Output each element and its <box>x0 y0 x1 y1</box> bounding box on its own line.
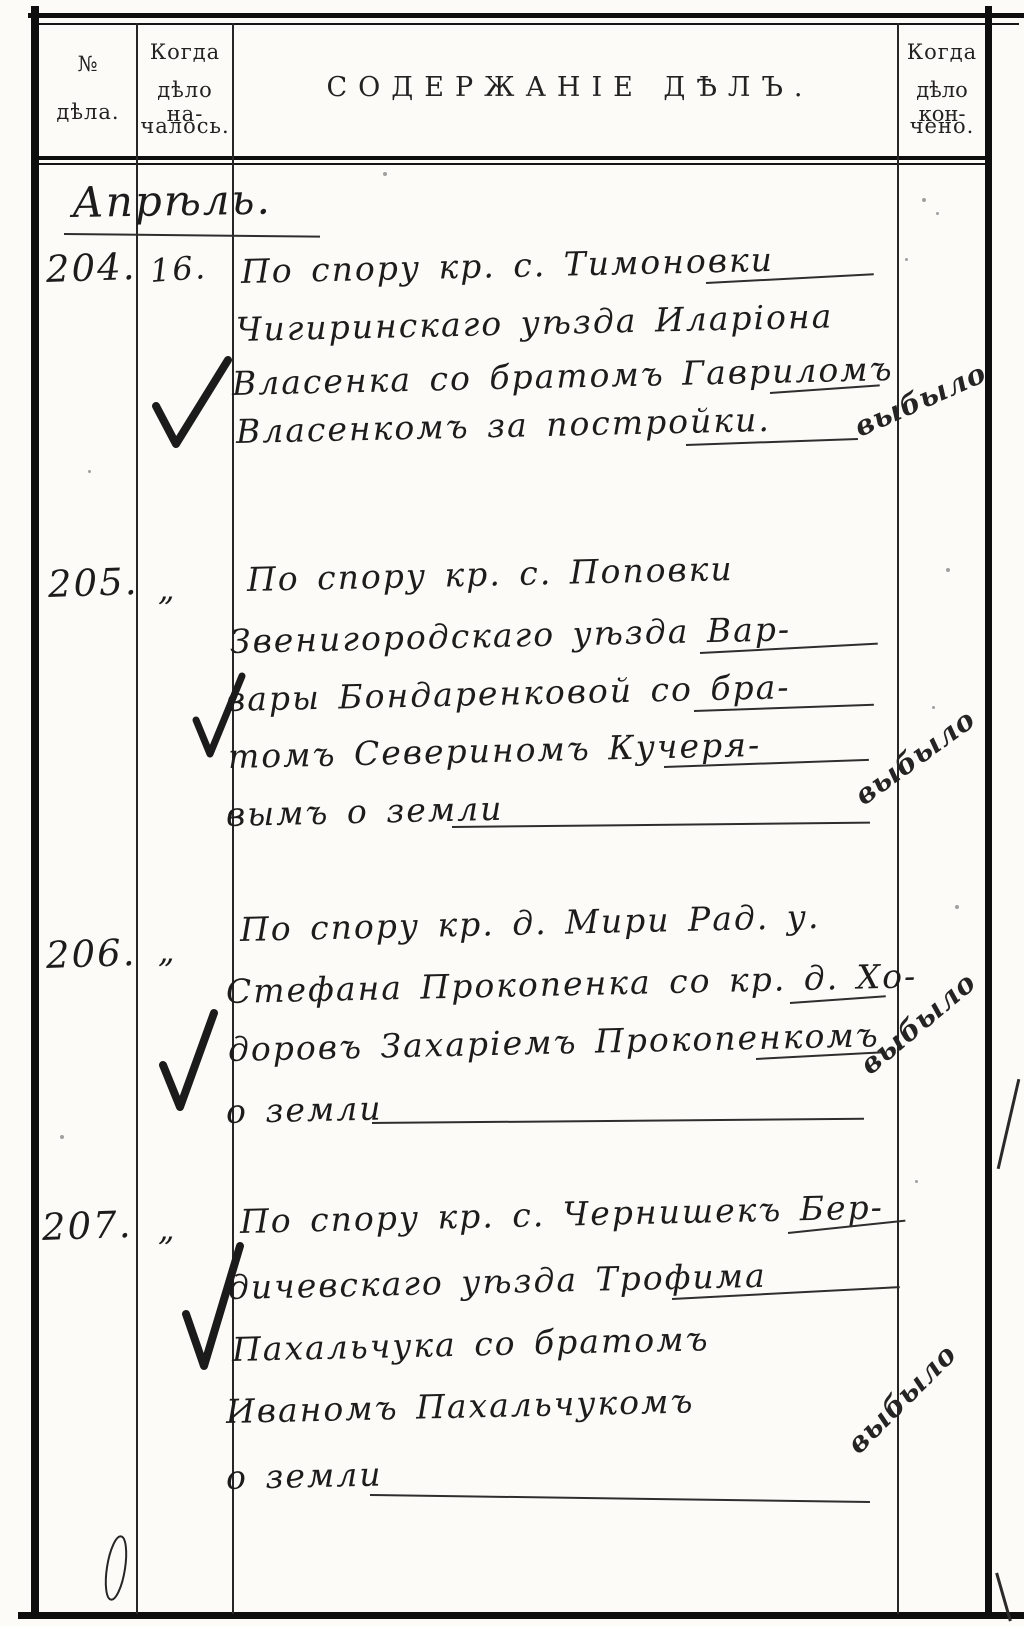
case-text-line: дичевскаго уѣзда Трофима <box>228 1256 768 1307</box>
speckle <box>936 212 939 215</box>
column-divider-3 <box>897 23 899 1614</box>
column-divider-1 <box>136 23 138 1614</box>
case-number: 206. <box>45 931 137 977</box>
table-border-top-inner <box>33 23 1019 25</box>
case-date-started: „ <box>158 932 177 970</box>
case-text-line: По спору кр. д. Мири Рад. у. <box>240 897 821 949</box>
case-text-line: По спору кр. с. Тимоновки <box>241 240 775 291</box>
case-text-line: о земли <box>226 1088 383 1131</box>
speckle <box>932 706 935 709</box>
speckle <box>88 470 91 473</box>
case-text-line: томъ Севериномъ Кучеря- <box>228 725 762 776</box>
case-text-line: доровъ Захаріемъ Прокопенкомъ <box>228 1015 881 1069</box>
speckle <box>955 905 959 909</box>
case-date-started: „ <box>158 1210 177 1248</box>
header-finished-line1: Когда <box>899 40 985 64</box>
case-number: 205. <box>47 560 139 606</box>
scanned-register-page: № дѣла. Когда дѣло на- чалось. СОДЕРЖАНІ… <box>0 0 1024 1626</box>
speckle <box>922 198 926 202</box>
case-text-line: о земли <box>226 1454 383 1497</box>
flourish-line <box>372 1118 864 1124</box>
table-border-left <box>31 6 39 1618</box>
status-annotation: выбыло <box>848 702 981 811</box>
case-text-line: Власенка со братомъ Гавриломъ <box>232 349 894 403</box>
case-text-line: Чигиринскаго уѣзда Иларіона <box>236 296 834 349</box>
header-number-line2: дѣла. <box>40 100 136 124</box>
speckle <box>905 258 908 261</box>
checkmark-icon <box>190 668 250 766</box>
checkmark-icon <box>148 348 234 456</box>
table-border-top <box>28 13 1024 18</box>
header-separator <box>31 156 992 160</box>
checkmark-icon <box>178 1238 248 1378</box>
case-text-line: Стефана Прокопенка со кр. д. Хо- <box>226 956 918 1011</box>
stray-ink-loop <box>96 1532 136 1608</box>
header-started-line3: чалось. <box>138 114 232 138</box>
flourish-line <box>370 1494 870 1503</box>
month-underline <box>64 233 320 238</box>
case-text-line: По спору кр. с. Поповки <box>247 549 734 599</box>
case-text-line: Иваномъ Пахальчукомъ <box>226 1381 695 1431</box>
table-border-bottom <box>18 1612 1024 1619</box>
flourish-line <box>452 822 870 828</box>
table-border-right <box>985 6 992 1618</box>
month-heading: Апрѣль. <box>72 175 273 227</box>
checkmark-icon <box>156 1005 222 1119</box>
header-content-title: СОДЕРЖАНІЕ ДѢЛЪ. <box>245 72 895 103</box>
stray-pen-mark <box>997 1079 1021 1169</box>
case-text-line: Пахальчука со братомъ <box>232 1319 710 1369</box>
status-annotation: выбыло <box>840 1337 963 1460</box>
speckle <box>60 1135 64 1139</box>
header-number-line1: № <box>40 52 136 76</box>
case-date-started: 16. <box>149 248 208 290</box>
speckle <box>915 1180 918 1183</box>
case-date-started: „ <box>158 570 177 608</box>
header-separator-inner <box>31 163 992 165</box>
case-number: 204. <box>45 245 137 291</box>
header-finished-line3: чено. <box>899 114 985 138</box>
speckle <box>946 568 950 572</box>
speckle <box>383 172 387 176</box>
case-number: 207. <box>41 1203 133 1249</box>
header-started-line1: Когда <box>138 40 232 64</box>
